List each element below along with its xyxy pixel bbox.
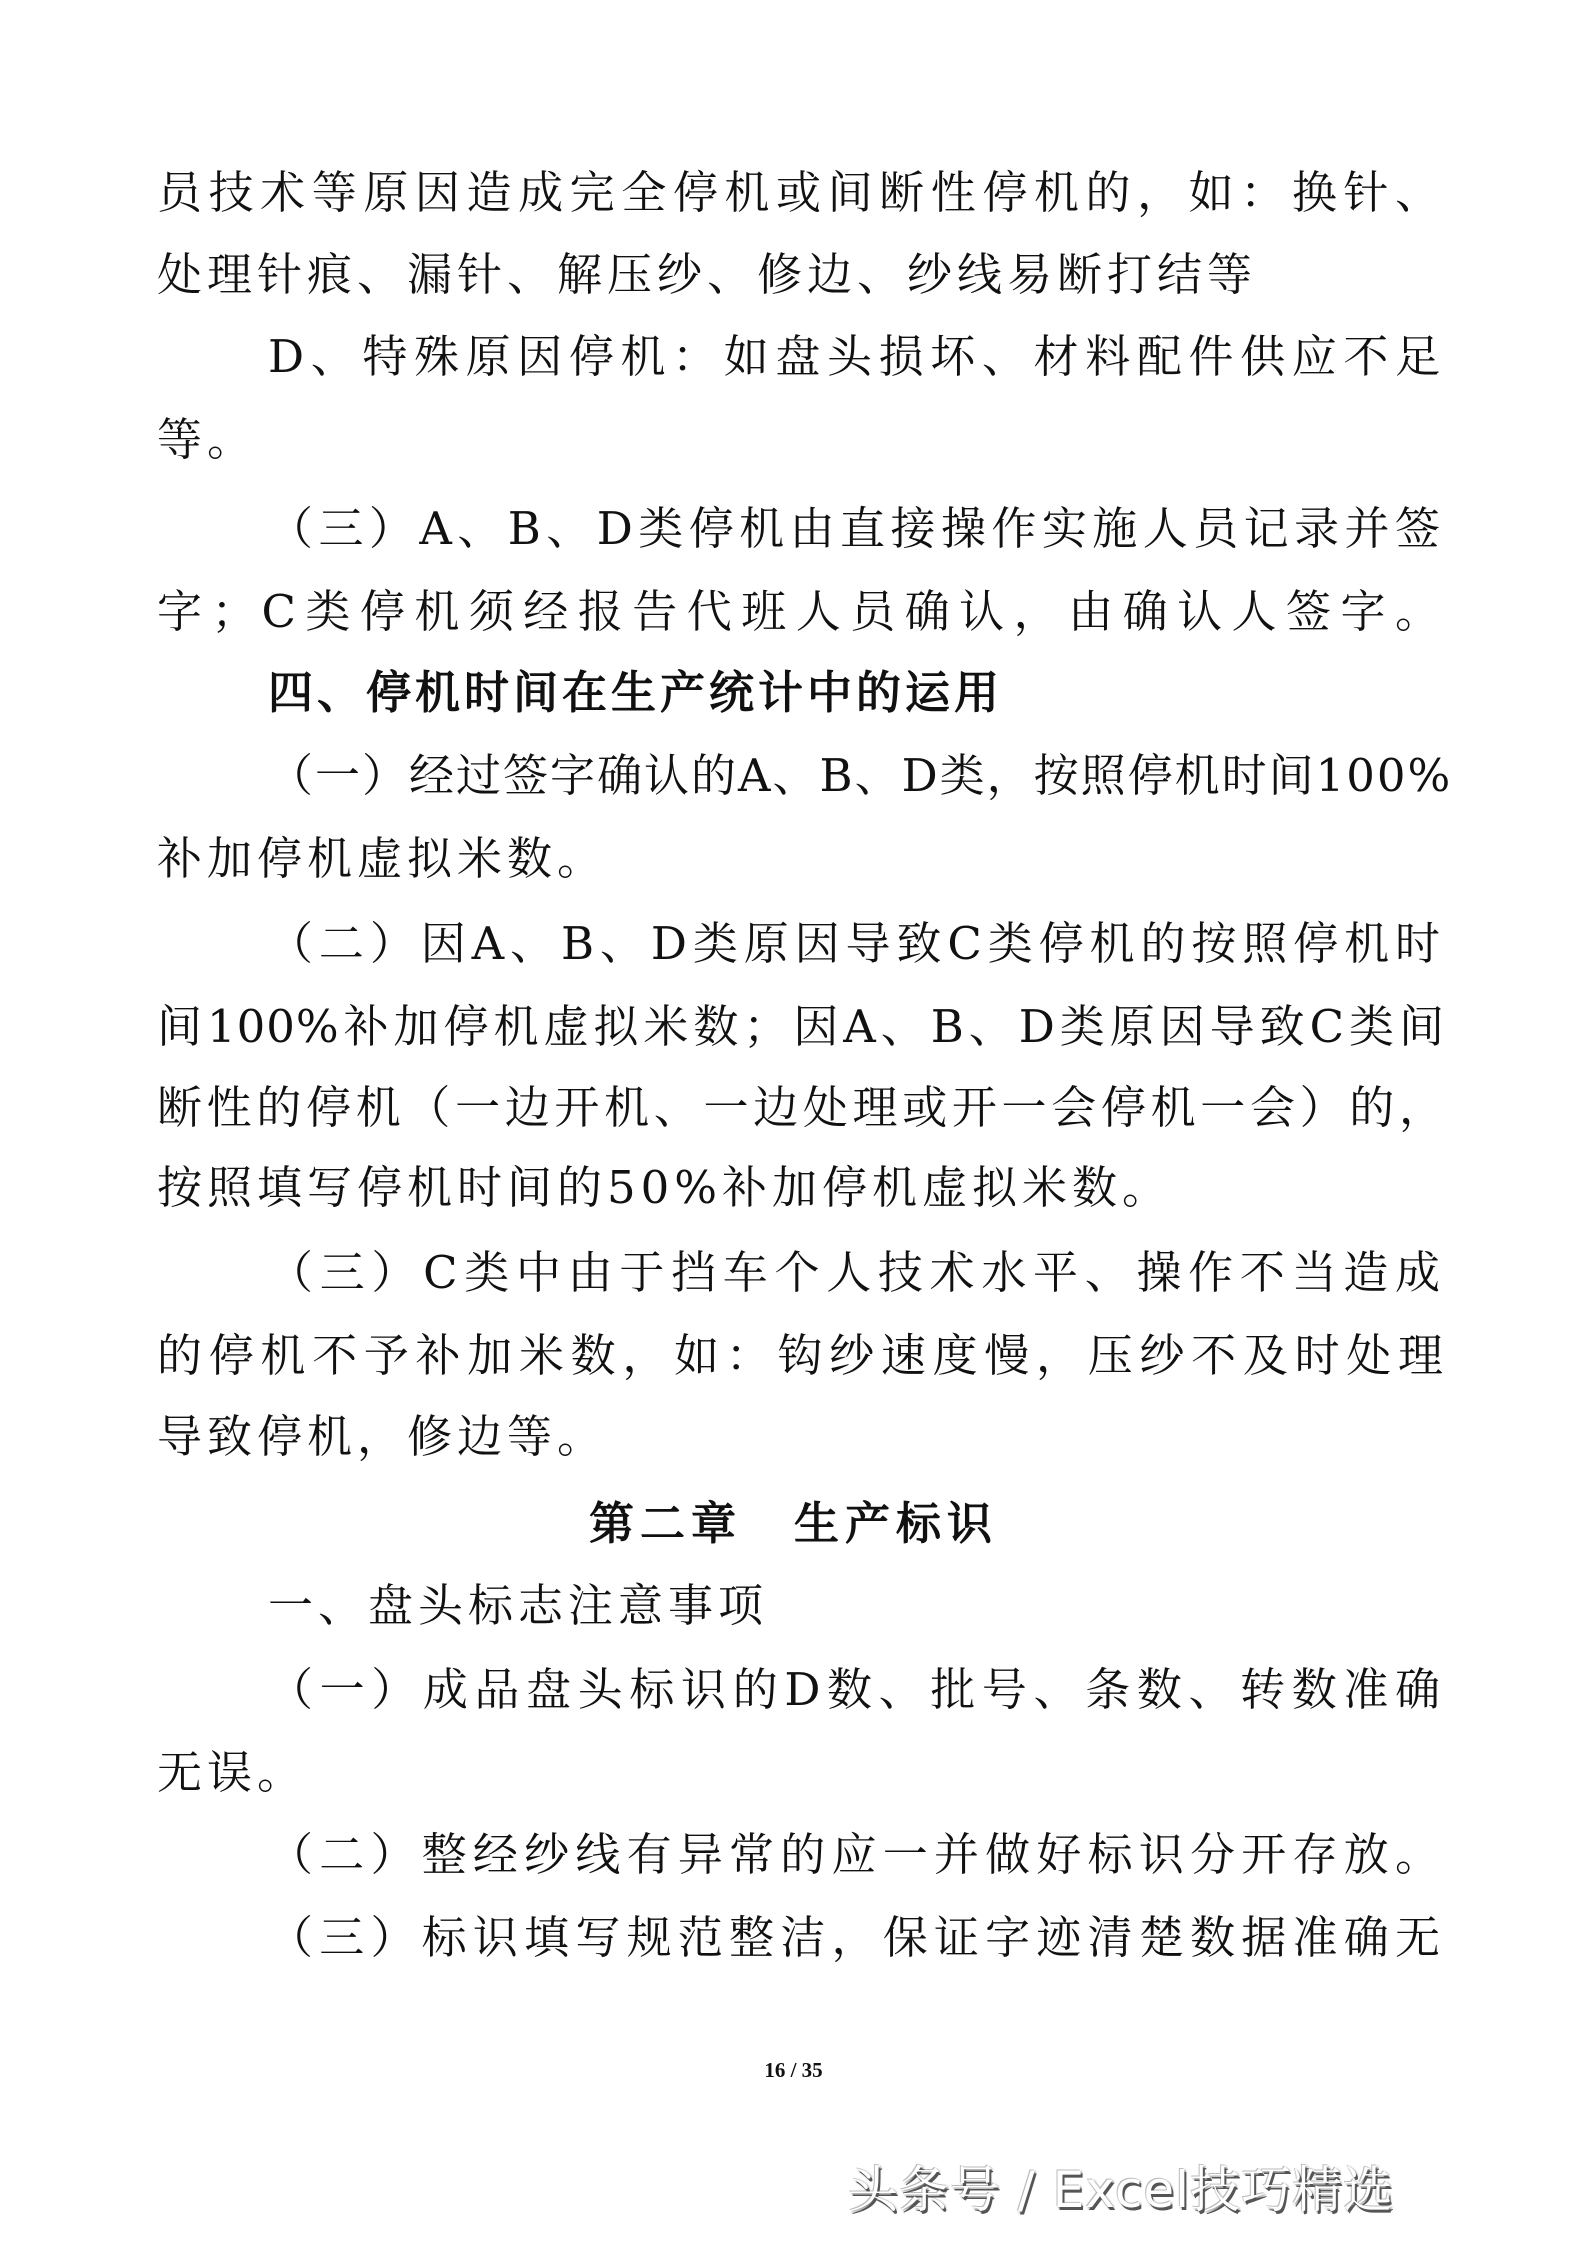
body-line: 字；C类停机须经报告代班人员确认，由确认人签字。: [157, 582, 1445, 642]
body-line: 间100%补加停机虚拟米数；因A、B、D类原因导致C类间: [157, 997, 1445, 1057]
chapter-name: 生产标识: [794, 1497, 998, 1550]
body-line: 无误。: [157, 1743, 1445, 1803]
body-line: 导致停机，修边等。: [157, 1407, 1445, 1467]
watermark: 头条号 / Excel技巧精选: [848, 2158, 1548, 2222]
subsection-heading: 一、盘头标志注意事项: [268, 1576, 1445, 1636]
chapter-number: 第二章: [589, 1497, 742, 1550]
body-line: 等。: [157, 410, 1445, 470]
body-line: 断性的停机（一边开机、一边处理或开一会停机一会）的，: [157, 1078, 1445, 1138]
section-heading: 四、停机时间在生产统计中的运用: [268, 663, 1445, 723]
body-line: 员技术等原因造成完全停机或间断性停机的，如：换针、: [157, 163, 1445, 223]
body-line: （三）A、B、D类停机由直接操作实施人员记录并签: [268, 499, 1445, 559]
body-line: D、特殊原因停机：如盘头损坏、材料配件供应不足: [268, 327, 1445, 387]
body-line: 的停机不予补加米数，如：钩纱速度慢，压纱不及时处理: [157, 1326, 1445, 1386]
body-line: （二）因A、B、D类原因导致C类停机的按照停机时: [268, 914, 1445, 974]
body-line: 按照填写停机时间的50%补加停机虚拟米数。: [157, 1158, 1445, 1218]
body-line: （二）整经纱线有异常的应一并做好标识分开存放。: [268, 1825, 1445, 1885]
body-line: （三）C类中由于挡车个人技术水平、操作不当造成: [268, 1243, 1445, 1303]
body-line: （三）标识填写规范整洁，保证字迹清楚数据准确无: [268, 1908, 1445, 1968]
page-number: 16 / 35: [0, 2058, 1587, 2083]
body-line: （一）成品盘头标识的D数、批号、条数、转数准确: [268, 1660, 1445, 1720]
chapter-title: 第二章生产标识: [0, 1494, 1587, 1554]
body-line: 补加停机虚拟米数。: [157, 829, 1445, 889]
body-line: 处理针痕、漏针、解压纱、修边、纱线易断打结等: [157, 245, 1445, 305]
body-line: （一）经过签字确认的A、B、D类，按照停机时间100%: [268, 746, 1445, 806]
document-page: 员技术等原因造成完全停机或间断性停机的，如：换针、 处理针痕、漏针、解压纱、修边…: [0, 0, 1587, 2245]
